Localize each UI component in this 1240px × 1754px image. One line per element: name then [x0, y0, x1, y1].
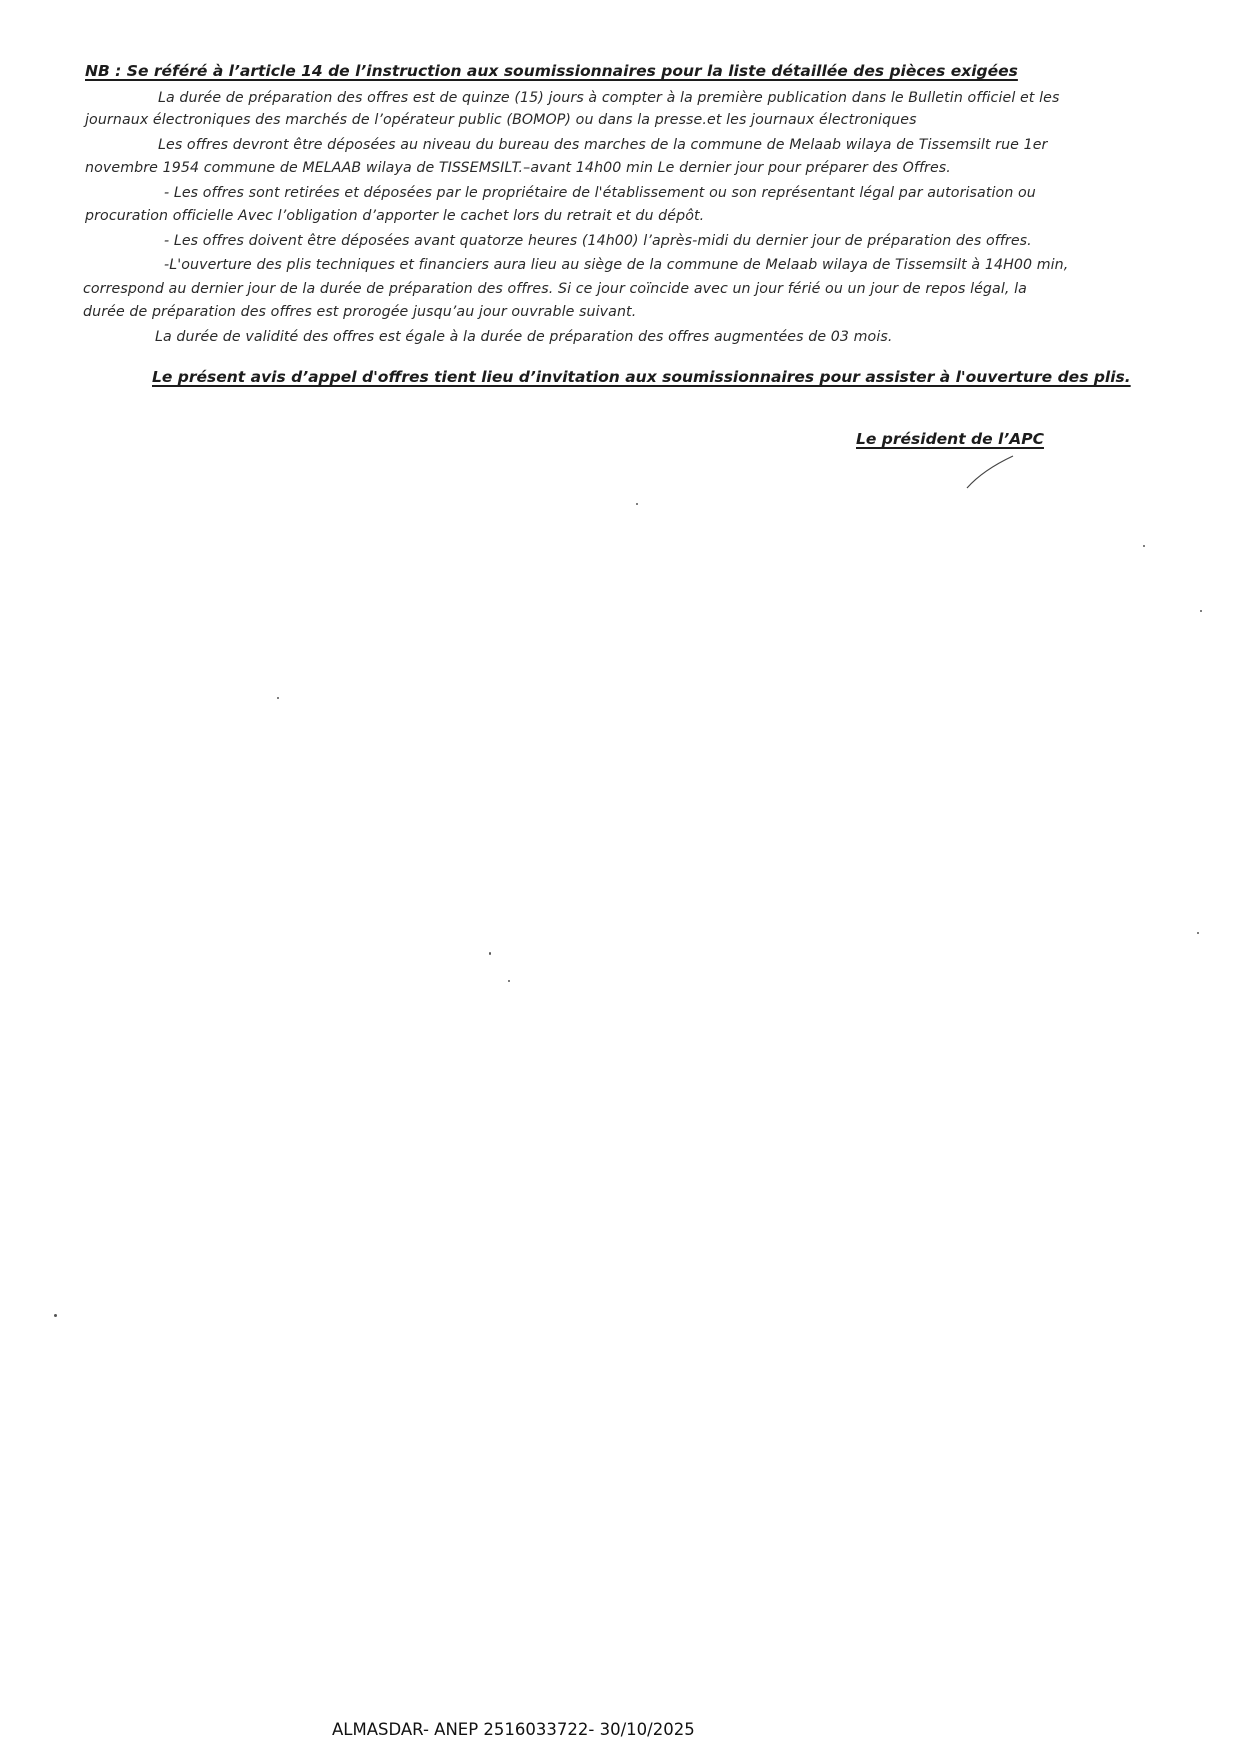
paragraph-line: Les offres devront être déposées au nive… [158, 137, 1047, 153]
nb-heading: NB : Se référé à l’article 14 de l’instr… [85, 62, 1025, 80]
paragraph-line: novembre 1954 commune de MELAAB wilaya d… [85, 160, 951, 176]
scan-speck [1200, 610, 1202, 612]
paragraph-line: -L'ouverture des plis techniques et fina… [164, 257, 1068, 273]
scan-speck [1143, 545, 1145, 547]
scanned-document-page: NB : Se référé à l’article 14 de l’instr… [0, 0, 1240, 1754]
scan-speck [1197, 932, 1199, 934]
paragraph-line: correspond au dernier jour de la durée d… [83, 281, 1027, 297]
paragraph-line: journaux électroniques des marchés de l’… [85, 112, 917, 128]
signature-title: Le président de l’APC [856, 430, 1044, 448]
paragraph-line: procuration officielle Avec l’obligation… [85, 208, 704, 224]
paragraph-line: - Les offres sont retirées et déposées p… [164, 185, 1036, 201]
paragraph-line: durée de préparation des offres est pror… [83, 304, 636, 320]
scan-speck [54, 1314, 57, 1317]
paragraph-line: La durée de préparation des offres est d… [158, 90, 1059, 106]
scan-speck [508, 980, 510, 982]
signature-stroke [965, 452, 1025, 492]
paragraph-line: - Les offres doivent être déposées avant… [164, 233, 1032, 249]
paragraph-line: La durée de validité des offres est égal… [155, 329, 893, 345]
invitation-statement: Le présent avis d’appel d'offres tient l… [152, 368, 1131, 386]
scan-speck [489, 952, 491, 955]
scan-speck [636, 503, 638, 505]
scan-speck [277, 697, 279, 699]
publication-reference-footer: ALMASDAR- ANEP 2516033722- 30/10/2025 [332, 1720, 695, 1739]
